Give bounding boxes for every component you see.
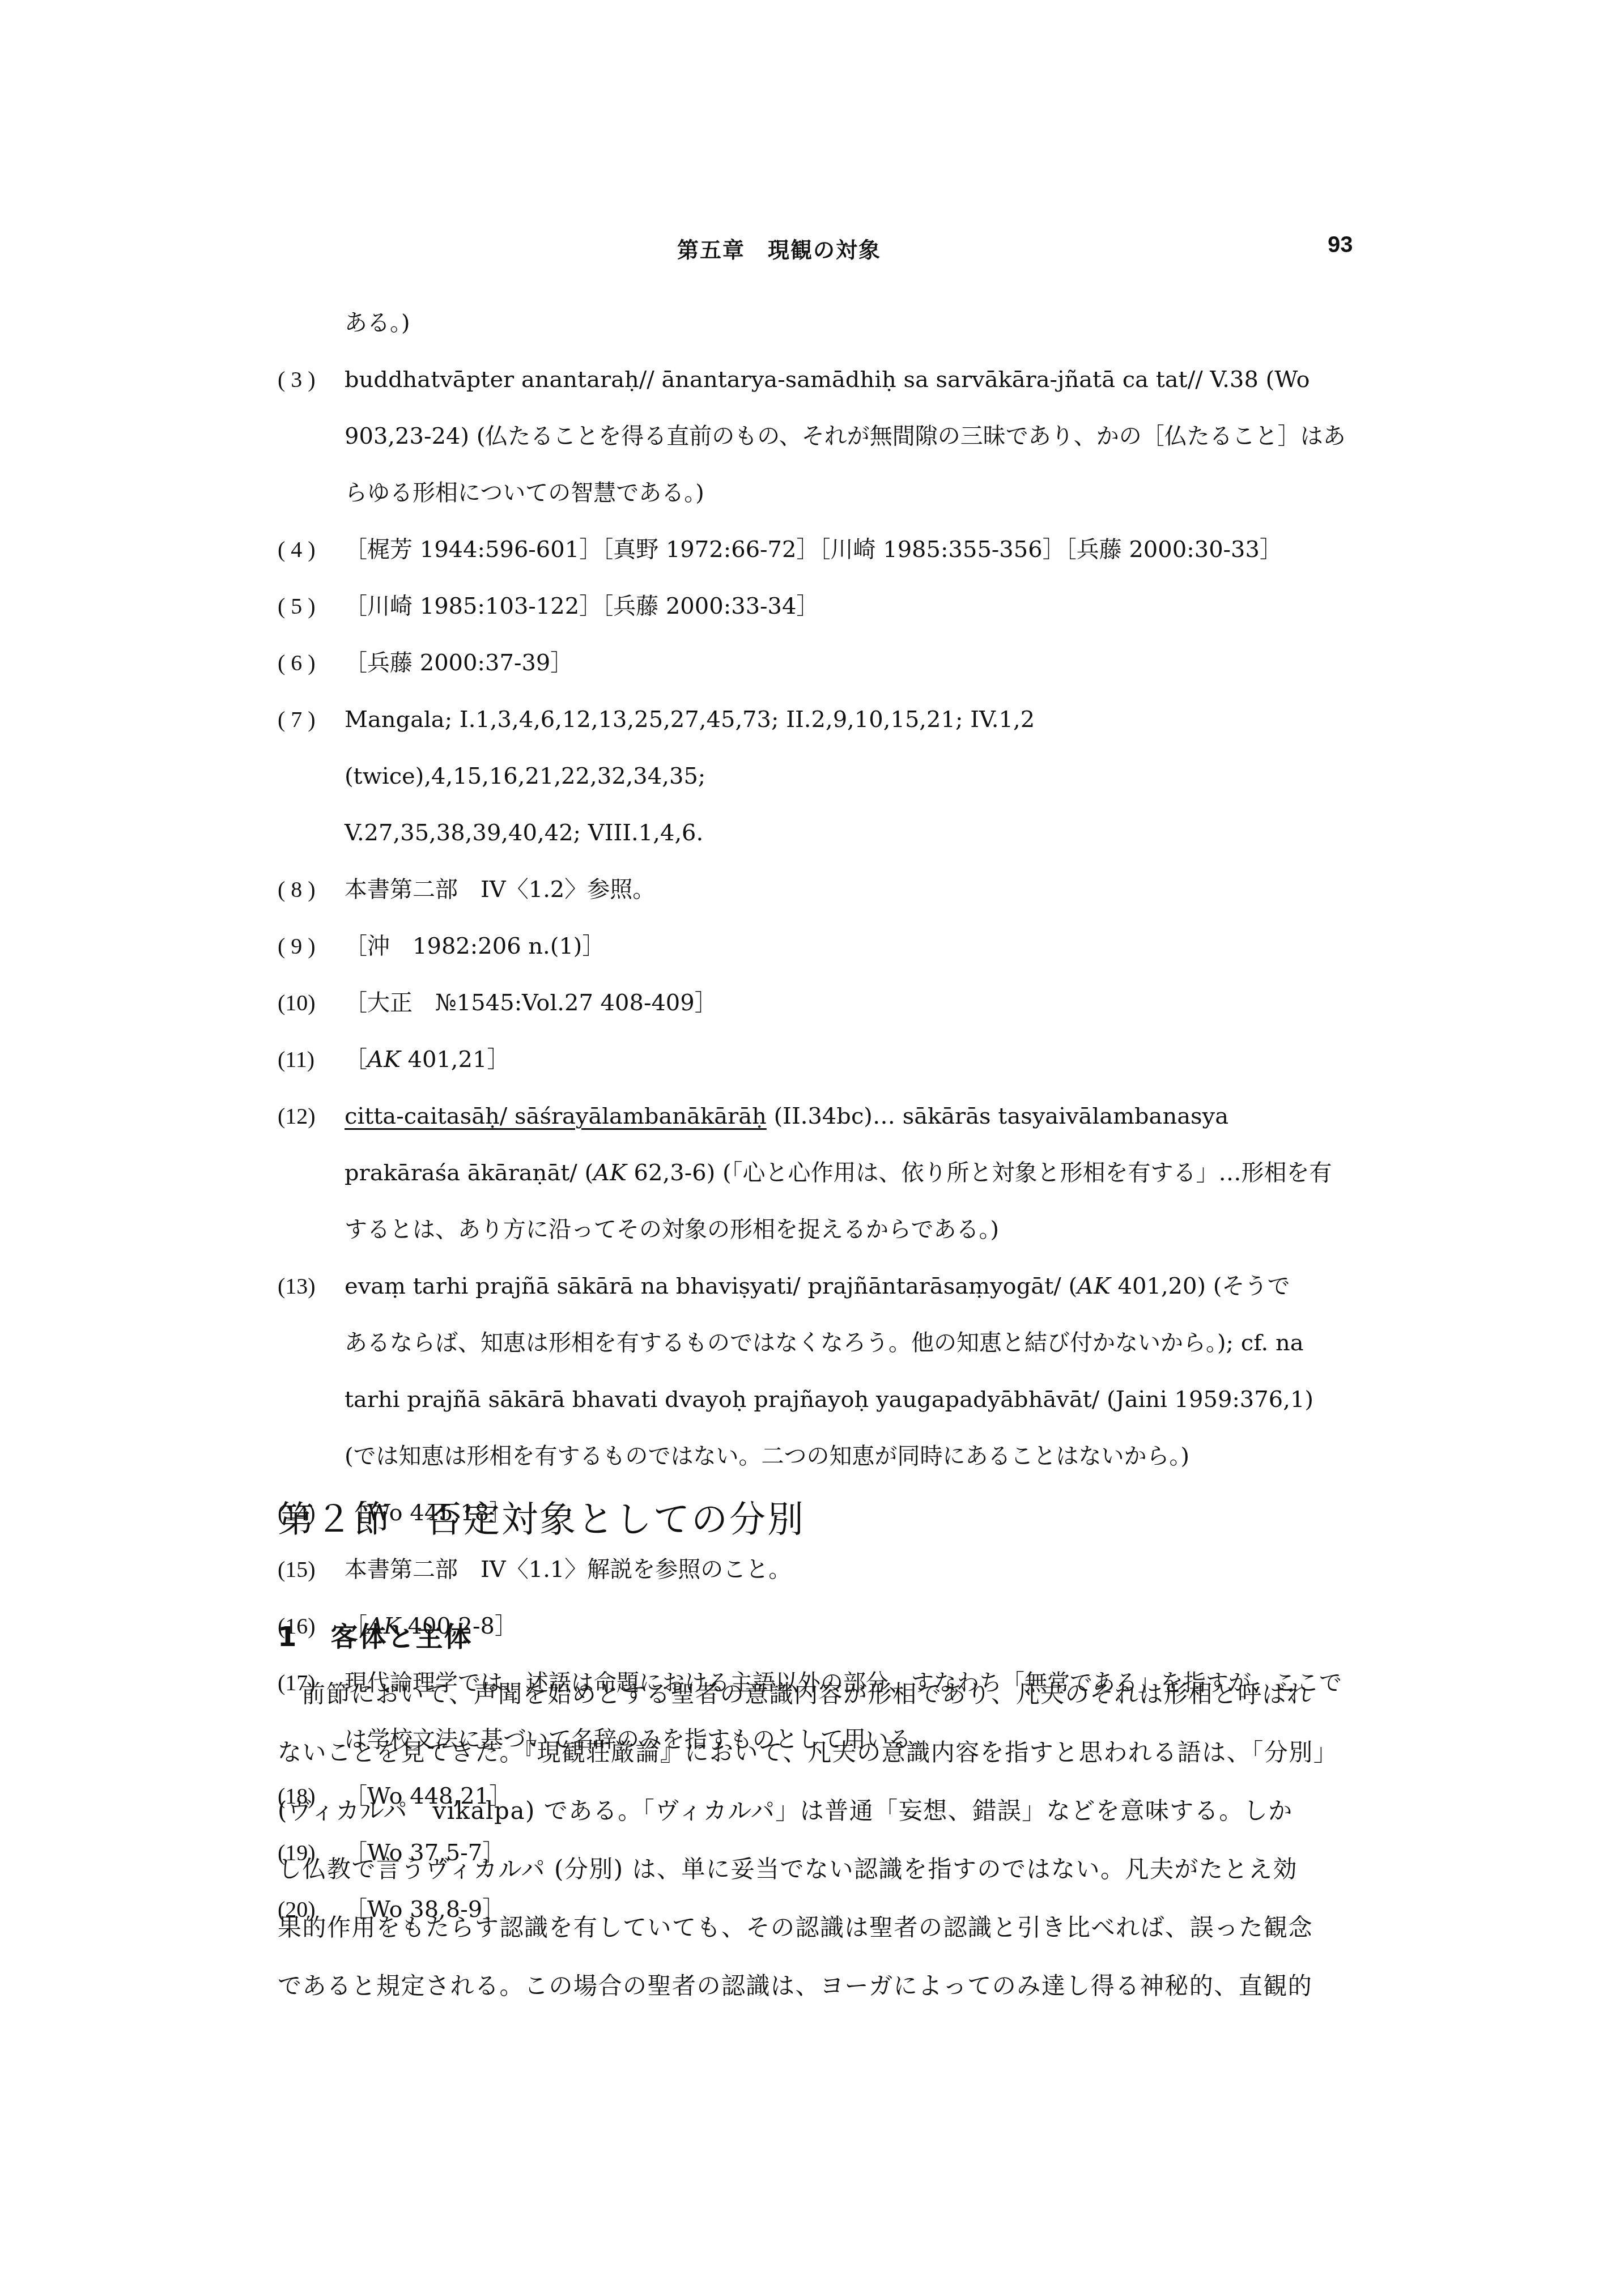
paragraph-line: 果的作用をもたらす認識を有していても、その認識は聖者の認識と引き比べれば、誤った… (278, 1898, 1402, 1957)
note-3: ( 3 ) buddhatvāpter anantaraḥ// ānantary… (278, 351, 1400, 521)
note-number: ( 8 ) (278, 861, 345, 918)
note-line: prakāraśa ākāraṇāt/ (AK 62,3-6) (「心と心作用は… (345, 1145, 1400, 1201)
note-number: ( 5 ) (278, 578, 345, 635)
note-continuation: ある。) (278, 295, 1400, 351)
note-line: ［沖 1982:206 n.(1)］ (345, 918, 1400, 975)
note-text: (II.34bc)… sākārās tasyaivālambanasya (767, 1103, 1228, 1129)
note-line: 本書第二部 IV〈1.1〉解説を参照のこと。 (345, 1541, 1400, 1598)
note-4: ( 4 ) ［梶芳 1944:596-601］［真野 1972:66-72］［川… (278, 521, 1400, 578)
note-7: ( 7 ) Mangala; I.1,3,4,6,12,13,25,27,45,… (278, 691, 1400, 861)
subsection-number: 1 (278, 1621, 297, 1653)
note-number: (10) (278, 975, 345, 1031)
book-page: 第五章 現観の対象 93 ある。) ( 3 ) buddhatvāpter an… (0, 0, 1624, 2296)
note-line: するとは、あり方に沿ってその対象の形相を捉えるからである。) (345, 1201, 1400, 1258)
note-line: ［兵藤 2000:37-39］ (345, 635, 1400, 691)
note-text: 401,20) (そうで (1111, 1273, 1290, 1299)
running-head-title: 第五章 現観の対象 (677, 232, 1357, 263)
note-15: (15) 本書第二部 IV〈1.1〉解説を参照のこと。 (278, 1541, 1400, 1598)
note-line: citta-caitasāḥ/ sāśrayālambanākārāḥ (II.… (345, 1088, 1400, 1145)
section-title-text: 否定対象としての分別 (426, 1499, 805, 1541)
note-number: (11) (278, 1031, 345, 1088)
page-number: 93 (1328, 232, 1353, 258)
note-line: ［梶芳 1944:596-601］［真野 1972:66-72］［川崎 1985… (345, 521, 1400, 578)
note-13: (13) evaṃ tarhi prajñā sākārā na bhaviṣy… (278, 1258, 1400, 1485)
note-line: ［大正 №1545:Vol.27 408-409］ (345, 975, 1400, 1031)
note-11: (11) ［AK 401,21］ (278, 1031, 1400, 1088)
note-number: ( 9 ) (278, 918, 345, 975)
note-number: ( 3 ) (278, 351, 345, 408)
note-line: buddhatvāpter anantaraḥ// ānantarya-samā… (345, 351, 1400, 408)
note-12: (12) citta-caitasāḥ/ sāśrayālambanākārāḥ… (278, 1088, 1400, 1258)
note-line: らゆる形相についての智慧である。) (345, 465, 1400, 521)
note-line: あるならば、知恵は形相を有するものではなくなろう。他の知恵と結び付かないから。)… (345, 1315, 1400, 1371)
note-5: ( 5 ) ［川崎 1985:103-122］［兵藤 2000:33-34］ (278, 578, 1400, 635)
note-number: ( 7 ) (278, 691, 345, 748)
note-line: (では知恵は形相を有するものではない。二つの知恵が同時にあることはないから。) (345, 1428, 1400, 1485)
note-9: ( 9 ) ［沖 1982:206 n.(1)］ (278, 918, 1400, 975)
citation-rest: 401,21］ (401, 1047, 510, 1073)
abbrev-ak: AK (367, 1047, 401, 1073)
note-10: (10) ［大正 №1545:Vol.27 408-409］ (278, 975, 1400, 1031)
note-text: 62,3-6) (「心と心作用は、依り所と対象と形相を有する」…形相を有 (627, 1160, 1332, 1186)
note-8: ( 8 ) 本書第二部 IV〈1.2〉参照。 (278, 861, 1400, 918)
paragraph-line: し仏教で言うヴィカルパ (分別) は、単に妥当でない認識を指すのではない。凡夫が… (278, 1840, 1402, 1898)
note-6: ( 6 ) ［兵藤 2000:37-39］ (278, 635, 1400, 691)
note-number: (12) (278, 1088, 345, 1145)
paragraph-line: であると規定される。この場合の聖者の認識は、ヨーガによってのみ達し得る神秘的、直… (278, 1957, 1402, 2015)
subsection-heading: 1客体と主体 (278, 1615, 472, 1654)
abbrev-ak: AK (1077, 1273, 1111, 1299)
note-number: (15) (278, 1541, 345, 1598)
note-text: evaṃ tarhi prajñā sākārā na bhaviṣyati/ … (345, 1273, 1077, 1299)
abbrev-ak: AK (593, 1160, 627, 1186)
note-line: V.27,35,38,39,40,42; VIII.1,4,6. (345, 805, 1400, 861)
note-line: ［AK 401,21］ (345, 1031, 1400, 1088)
section-heading: 第２節否定対象としての分別 (278, 1490, 805, 1542)
paragraph-line: ないことを見てきた。『現観荘厳論』において、凡夫の意識内容を指すと思われる語は、… (278, 1723, 1402, 1781)
paragraph-line: 前節において、声聞を始めとする聖者の意識内容が形相であり、凡夫のそれは形相と呼ば… (278, 1665, 1402, 1723)
underlined-verse: citta-caitasāḥ/ sāśrayālambanākārāḥ (345, 1103, 767, 1129)
bracket-open: ［ (345, 1047, 367, 1073)
note-line: ［川崎 1985:103-122］［兵藤 2000:33-34］ (345, 578, 1400, 635)
note-number: ( 6 ) (278, 635, 345, 691)
note-number: (13) (278, 1258, 345, 1315)
section-label: 第２節 (278, 1499, 392, 1541)
subsection-title-text: 客体と主体 (330, 1621, 472, 1653)
note-number: ( 4 ) (278, 521, 345, 578)
note-line: 903,23-24) (仏たることを得る直前のもの、それが無間隙の三昧であり、か… (345, 408, 1400, 465)
note-text: prakāraśa ākāraṇāt/ ( (345, 1160, 593, 1186)
note-line: ［AK 400,2-8］ (345, 1598, 1400, 1655)
note-line: tarhi prajñā sākārā bhavati dvayoḥ prajñ… (345, 1371, 1400, 1428)
note-line: Mangala; I.1,3,4,6,12,13,25,27,45,73; II… (345, 691, 1400, 805)
body-paragraph: 前節において、声聞を始めとする聖者の意識内容が形相であり、凡夫のそれは形相と呼ば… (278, 1665, 1402, 2015)
note-line: 本書第二部 IV〈1.2〉参照。 (345, 861, 1400, 918)
paragraph-line: (ヴィカルパ vikalpa) である。「ヴィカルパ」は普通「妄想、錯誤」などを… (278, 1781, 1402, 1840)
note-line: evaṃ tarhi prajñā sākārā na bhaviṣyati/ … (345, 1258, 1400, 1315)
